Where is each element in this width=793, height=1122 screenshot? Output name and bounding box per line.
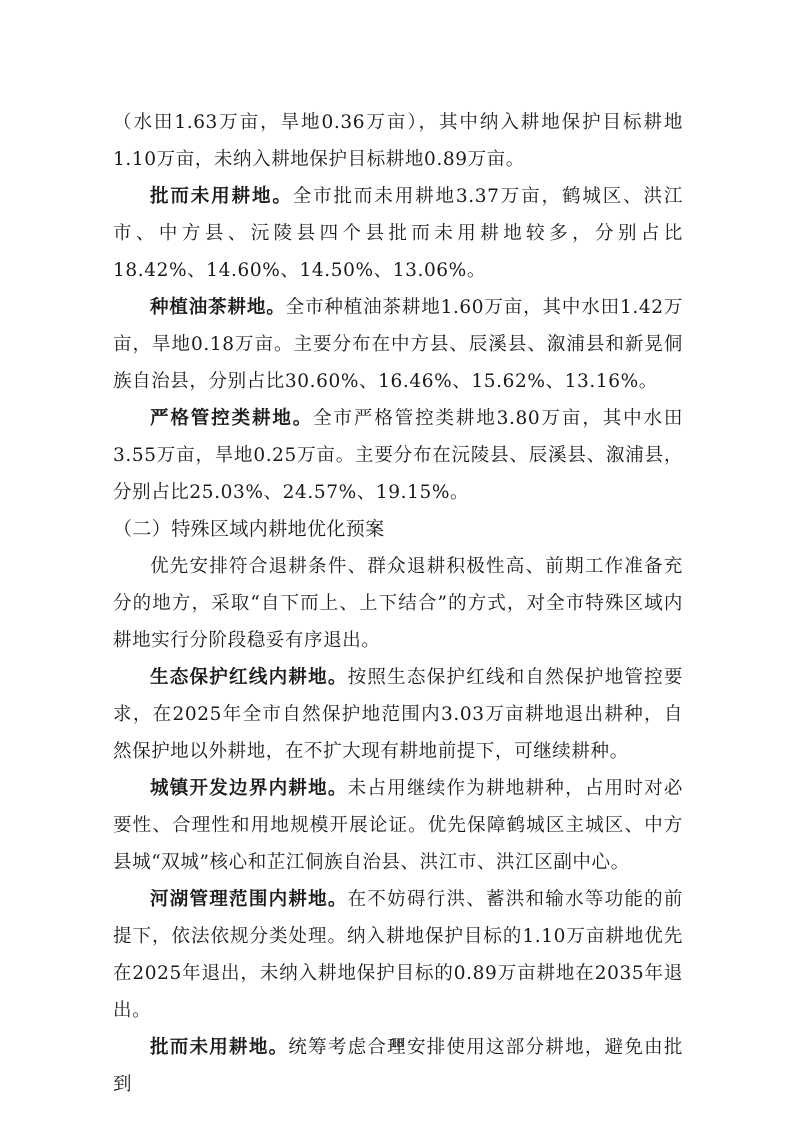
paragraph-lead: 批而未用耕地。 [150, 186, 293, 207]
paragraph-text: （水田1.63万亩，旱地0.36万亩），其中纳入耕地保护目标耕地1.10万亩，未… [113, 112, 683, 170]
paragraph-approved-unused-farmland: 批而未用耕地。全市批而未用耕地3.37万亩，鹤城区、洪江市、中方县、沅陵县四个县… [113, 178, 683, 289]
paragraph-lead: 生态保护红线内耕地。 [150, 667, 348, 688]
paragraph-text: 优先安排符合退耕条件、群众退耕积极性高、前期工作准备充分的地方，采取“自下而上、… [113, 556, 683, 651]
document-page: （水田1.63万亩，旱地0.36万亩），其中纳入耕地保护目标耕地1.10万亩，未… [113, 104, 683, 1103]
paragraph-continuation: （水田1.63万亩，旱地0.36万亩），其中纳入耕地保护目标耕地1.10万亩，未… [113, 104, 683, 178]
paragraph-urban-boundary: 城镇开发边界内耕地。未占用继续作为耕地耕种，占用时对必要性、合理性和用地规模开展… [113, 770, 683, 881]
paragraph-lead: 严格管控类耕地。 [150, 408, 313, 429]
paragraph-lead: 种植油茶耕地。 [150, 297, 286, 318]
paragraph-camellia-farmland: 种植油茶耕地。全市种植油茶耕地1.60万亩，其中水田1.42万亩，旱地0.18万… [113, 289, 683, 400]
page-number: 18 [0, 1036, 793, 1050]
paragraph-lead: 河湖管理范围内耕地。 [150, 889, 348, 910]
paragraph-ecological-redline: 生态保护红线内耕地。按照生态保护红线和自然保护地管控要求，在2025年全市自然保… [113, 659, 683, 770]
paragraph-intro: 优先安排符合退耕条件、群众退耕积极性高、前期工作准备充分的地方，采取“自下而上、… [113, 548, 683, 659]
section-heading: （二）特殊区域内耕地优化预案 [113, 511, 683, 548]
paragraph-river-lake: 河湖管理范围内耕地。在不妨碍行洪、蓄洪和输水等功能的前提下，依法依规分类处理。纳… [113, 881, 683, 1029]
paragraph-strict-control-farmland: 严格管控类耕地。全市严格管控类耕地3.80万亩，其中水田3.55万亩，旱地0.2… [113, 400, 683, 511]
paragraph-lead: 城镇开发边界内耕地。 [150, 778, 348, 799]
